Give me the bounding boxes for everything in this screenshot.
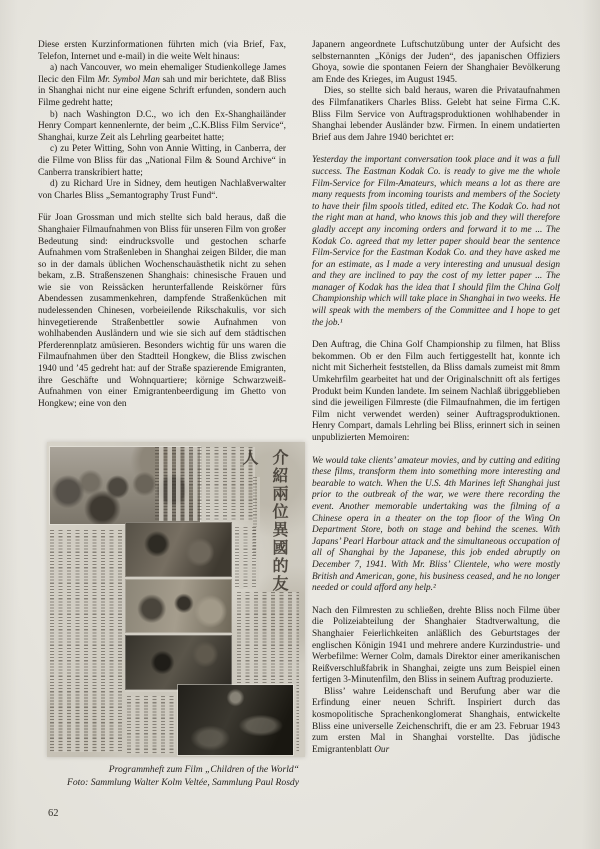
- paragraph: Diese ersten Kurzinformationen führten m…: [38, 40, 286, 63]
- clipping-chinese-headline: 介紹兩位異國的友人: [262, 449, 294, 594]
- page-number: 62: [48, 808, 59, 819]
- text-segment: b) nach Washington D.C., wo ich den Ex-S…: [38, 110, 286, 143]
- clipping-chinese-text-columns: [235, 527, 259, 589]
- figure-caption-credit: Foto: Sammlung Walter Kolm Veltée, Samml…: [47, 776, 299, 789]
- block-quote: We would take clients’ amateur movies, a…: [312, 456, 560, 595]
- clipping-film-still-1: [125, 522, 232, 579]
- paragraph: b) nach Washington D.C., wo ich den Ex-S…: [38, 110, 286, 145]
- newspaper-clipping-figure: 介紹兩位異國的友人 Programmheft zum Film „Childre…: [47, 442, 305, 789]
- figure-caption-title: Programmheft zum Film „Children of the W…: [47, 763, 299, 776]
- text-segment: c) zu Peter Witting, Sohn von Annie Witt…: [38, 144, 286, 177]
- column-right: Japanern angeordnete Luftschutzübung unt…: [312, 40, 560, 820]
- text-segment: Japanern angeordnete Luftschutzübung unt…: [312, 40, 560, 85]
- text-segment: Mr. Symbol Man: [98, 75, 160, 85]
- paragraph: Nach den Filmresten zu schließen, drehte…: [312, 606, 560, 687]
- figure-caption: Programmheft zum Film „Children of the W…: [47, 763, 305, 789]
- text-segment: d) zu Richard Ure in Sidney, dem heutige…: [38, 179, 286, 201]
- paragraph: Den Auftrag, die China Golf Championship…: [312, 340, 560, 444]
- paragraph: Für Joan Grossman und mich stellte sich …: [38, 213, 286, 410]
- paragraph: d) zu Richard Ure in Sidney, dem heutige…: [38, 179, 286, 202]
- clipping-chinese-text-columns: [50, 530, 122, 752]
- paragraph: c) zu Peter Witting, Sohn von Annie Witt…: [38, 144, 286, 179]
- newspaper-clipping-scan: 介紹兩位異國的友人: [47, 442, 305, 757]
- clipping-chinese-text-columns: [127, 696, 175, 754]
- column-left: Diese ersten Kurzinformationen führten m…: [38, 40, 286, 442]
- clipping-film-still-3: [125, 635, 232, 692]
- text-segment: Den Auftrag, die China Golf Championship…: [312, 340, 560, 443]
- paragraph: Bliss’ wahre Leidenschaft und Berufung a…: [312, 687, 560, 757]
- clipping-film-stills-strip: [125, 522, 232, 692]
- text-segment: Bliss’ wahre Leidenschaft und Berufung a…: [312, 687, 560, 755]
- text-segment: Diese ersten Kurzinformationen führten m…: [38, 40, 286, 62]
- paragraph: a) nach Vancouver, wo mein ehemaliger St…: [38, 63, 286, 109]
- book-page: Diese ersten Kurzinformationen führten m…: [0, 0, 600, 849]
- block-quote: Yesterday the important conversation too…: [312, 155, 560, 329]
- text-segment: Für Joan Grossman und mich stellte sich …: [38, 213, 286, 409]
- text-segment: We would take clients’ amateur movies, a…: [312, 456, 560, 594]
- text-segment: Dies, so stellte sich bald heraus, waren…: [312, 86, 560, 142]
- paragraph: Dies, so stellte sich bald heraus, waren…: [312, 86, 560, 144]
- clipping-film-still-2: [125, 579, 232, 636]
- text-segment: Nach den Filmresten zu schließen, drehte…: [312, 606, 560, 686]
- paragraph: Japanern angeordnete Luftschutzübung unt…: [312, 40, 560, 86]
- clipping-photo-theater-audience: [178, 685, 293, 755]
- text-segment: Our: [374, 745, 389, 755]
- text-segment: Yesterday the important conversation too…: [312, 155, 560, 327]
